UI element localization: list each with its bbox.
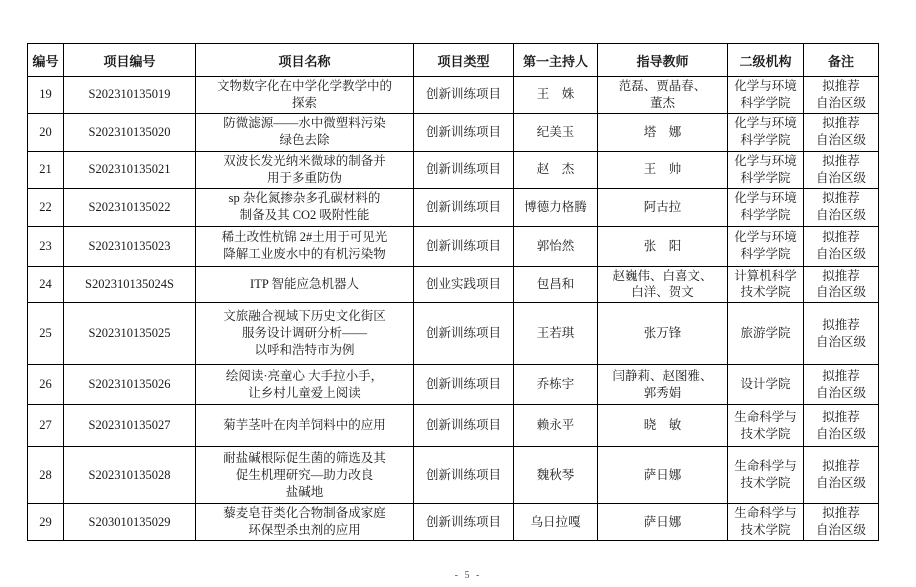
cell-code: S202310135024S — [64, 266, 196, 303]
document-page: 编号 项目编号 项目名称 项目类型 第一主持人 指导教师 二级机构 备注 19S… — [0, 0, 916, 587]
cell-leader: 赖永平 — [514, 405, 598, 447]
table-row: 27S202310135027菊芋茎叶在肉羊饲料中的应用创新训练项目赖永平晓 敏… — [28, 405, 879, 447]
cell-code: S202310135021 — [64, 151, 196, 188]
table-row: 20S202310135020防微滤源——水中微塑料污染 绿色去除创新训练项目纪… — [28, 113, 879, 151]
cell-name: 文物数字化在中学化学教学中的 探索 — [196, 77, 414, 114]
cell-advisors: 范磊、贾晶春、 董杰 — [598, 77, 728, 114]
cell-name: ITP 智能应急机器人 — [196, 266, 414, 303]
cell-remark: 拟推荐 自治区级 — [804, 77, 879, 114]
table-row: 23S202310135023稀土改性杭锦 2#土用于可见光 降解工业废水中的有… — [28, 226, 879, 266]
cell-institution: 旅游学院 — [728, 303, 804, 365]
cell-remark: 拟推荐 自治区级 — [804, 405, 879, 447]
cell-advisors: 闫静莉、赵图雅、 郭秀娟 — [598, 365, 728, 405]
cell-advisors: 张万锋 — [598, 303, 728, 365]
header-remark: 备注 — [804, 44, 879, 77]
cell-type: 创业实践项目 — [414, 266, 514, 303]
cell-remark: 拟推荐 自治区级 — [804, 303, 879, 365]
cell-remark: 拟推荐 自治区级 — [804, 188, 879, 226]
cell-type: 创新训练项目 — [414, 447, 514, 504]
cell-no: 25 — [28, 303, 64, 365]
cell-remark: 拟推荐 自治区级 — [804, 266, 879, 303]
cell-type: 创新训练项目 — [414, 113, 514, 151]
cell-leader: 郭怡然 — [514, 226, 598, 266]
page-number: - 5 - — [0, 570, 916, 581]
table-row: 29S203010135029藜麦皂苷类化合物制备成家庭 环保型杀虫剂的应用创新… — [28, 504, 879, 541]
cell-remark: 拟推荐 自治区级 — [804, 226, 879, 266]
cell-institution: 设计学院 — [728, 365, 804, 405]
cell-remark: 拟推荐 自治区级 — [804, 113, 879, 151]
cell-code: S202310135027 — [64, 405, 196, 447]
cell-name: sp 杂化氮掺杂多孔碳材料的 制备及其 CO2 吸附性能 — [196, 188, 414, 226]
cell-no: 26 — [28, 365, 64, 405]
cell-leader: 纪美玉 — [514, 113, 598, 151]
cell-institution: 生命科学与 技术学院 — [728, 447, 804, 504]
table-body: 19S202310135019文物数字化在中学化学教学中的 探索创新训练项目王 … — [28, 77, 879, 541]
header-project-code: 项目编号 — [64, 44, 196, 77]
header-project-name: 项目名称 — [196, 44, 414, 77]
cell-name: 防微滤源——水中微塑料污染 绿色去除 — [196, 113, 414, 151]
cell-type: 创新训练项目 — [414, 504, 514, 541]
table-row: 26S202310135026绘阅读·亮童心 大手拉小手， 让乡村儿童爱上阅读创… — [28, 365, 879, 405]
cell-type: 创新训练项目 — [414, 405, 514, 447]
cell-no: 23 — [28, 226, 64, 266]
table-row: 21S202310135021双波长发光纳米微球的制备并 用于多重防伪创新训练项… — [28, 151, 879, 188]
cell-leader: 乌日拉嘎 — [514, 504, 598, 541]
cell-advisors: 晓 敏 — [598, 405, 728, 447]
cell-leader: 博德力格腾 — [514, 188, 598, 226]
cell-institution: 生命科学与 技术学院 — [728, 405, 804, 447]
projects-table: 编号 项目编号 项目名称 项目类型 第一主持人 指导教师 二级机构 备注 19S… — [27, 43, 879, 541]
cell-remark: 拟推荐 自治区级 — [804, 504, 879, 541]
cell-advisors: 塔 娜 — [598, 113, 728, 151]
cell-no: 19 — [28, 77, 64, 114]
table-row: 28S202310135028耐盐碱根际促生菌的筛选及其 促生机理研究—助力改良… — [28, 447, 879, 504]
table-row: 24S202310135024SITP 智能应急机器人创业实践项目包昌和赵巍伟、… — [28, 266, 879, 303]
table-row: 19S202310135019文物数字化在中学化学教学中的 探索创新训练项目王 … — [28, 77, 879, 114]
cell-name: 藜麦皂苷类化合物制备成家庭 环保型杀虫剂的应用 — [196, 504, 414, 541]
table-row: 22S202310135022sp 杂化氮掺杂多孔碳材料的 制备及其 CO2 吸… — [28, 188, 879, 226]
cell-type: 创新训练项目 — [414, 188, 514, 226]
cell-type: 创新训练项目 — [414, 226, 514, 266]
table-row: 25S202310135025文旅融合视域下历史文化街区 服务设计调研分析—— … — [28, 303, 879, 365]
cell-institution: 生命科学与 技术学院 — [728, 504, 804, 541]
cell-advisors: 萨日娜 — [598, 504, 728, 541]
cell-code: S202310135019 — [64, 77, 196, 114]
cell-institution: 化学与环境 科学学院 — [728, 151, 804, 188]
cell-leader: 赵 杰 — [514, 151, 598, 188]
cell-leader: 王若琪 — [514, 303, 598, 365]
table-header-row: 编号 项目编号 项目名称 项目类型 第一主持人 指导教师 二级机构 备注 — [28, 44, 879, 77]
cell-remark: 拟推荐 自治区级 — [804, 151, 879, 188]
cell-advisors: 阿古拉 — [598, 188, 728, 226]
cell-code: S202310135022 — [64, 188, 196, 226]
cell-remark: 拟推荐 自治区级 — [804, 365, 879, 405]
cell-no: 27 — [28, 405, 64, 447]
cell-remark: 拟推荐 自治区级 — [804, 447, 879, 504]
cell-name: 双波长发光纳米微球的制备并 用于多重防伪 — [196, 151, 414, 188]
header-project-type: 项目类型 — [414, 44, 514, 77]
cell-leader: 魏秋琴 — [514, 447, 598, 504]
cell-leader: 王 姝 — [514, 77, 598, 114]
cell-leader: 乔栋宇 — [514, 365, 598, 405]
cell-name: 文旅融合视域下历史文化街区 服务设计调研分析—— 以呼和浩特市为例 — [196, 303, 414, 365]
header-no: 编号 — [28, 44, 64, 77]
cell-code: S202310135025 — [64, 303, 196, 365]
cell-advisors: 萨日娜 — [598, 447, 728, 504]
cell-advisors: 赵巍伟、白喜文、 白洋、贺文 — [598, 266, 728, 303]
cell-no: 24 — [28, 266, 64, 303]
header-advisors: 指导教师 — [598, 44, 728, 77]
cell-name: 耐盐碱根际促生菌的筛选及其 促生机理研究—助力改良 盐碱地 — [196, 447, 414, 504]
cell-type: 创新训练项目 — [414, 77, 514, 114]
cell-no: 28 — [28, 447, 64, 504]
cell-no: 29 — [28, 504, 64, 541]
cell-code: S202310135020 — [64, 113, 196, 151]
cell-institution: 计算机科学 技术学院 — [728, 266, 804, 303]
cell-no: 21 — [28, 151, 64, 188]
cell-institution: 化学与环境 科学学院 — [728, 77, 804, 114]
cell-no: 20 — [28, 113, 64, 151]
cell-institution: 化学与环境 科学学院 — [728, 226, 804, 266]
cell-no: 22 — [28, 188, 64, 226]
cell-type: 创新训练项目 — [414, 151, 514, 188]
header-first-leader: 第一主持人 — [514, 44, 598, 77]
cell-code: S202310135028 — [64, 447, 196, 504]
cell-code: S202310135023 — [64, 226, 196, 266]
cell-advisors: 张 阳 — [598, 226, 728, 266]
cell-institution: 化学与环境 科学学院 — [728, 188, 804, 226]
cell-type: 创新训练项目 — [414, 303, 514, 365]
header-institution: 二级机构 — [728, 44, 804, 77]
cell-name: 稀土改性杭锦 2#土用于可见光 降解工业废水中的有机污染物 — [196, 226, 414, 266]
cell-advisors: 王 帅 — [598, 151, 728, 188]
cell-name: 绘阅读·亮童心 大手拉小手， 让乡村儿童爱上阅读 — [196, 365, 414, 405]
cell-institution: 化学与环境 科学学院 — [728, 113, 804, 151]
cell-type: 创新训练项目 — [414, 365, 514, 405]
cell-leader: 包昌和 — [514, 266, 598, 303]
cell-name: 菊芋茎叶在肉羊饲料中的应用 — [196, 405, 414, 447]
cell-code: S202310135026 — [64, 365, 196, 405]
cell-code: S203010135029 — [64, 504, 196, 541]
